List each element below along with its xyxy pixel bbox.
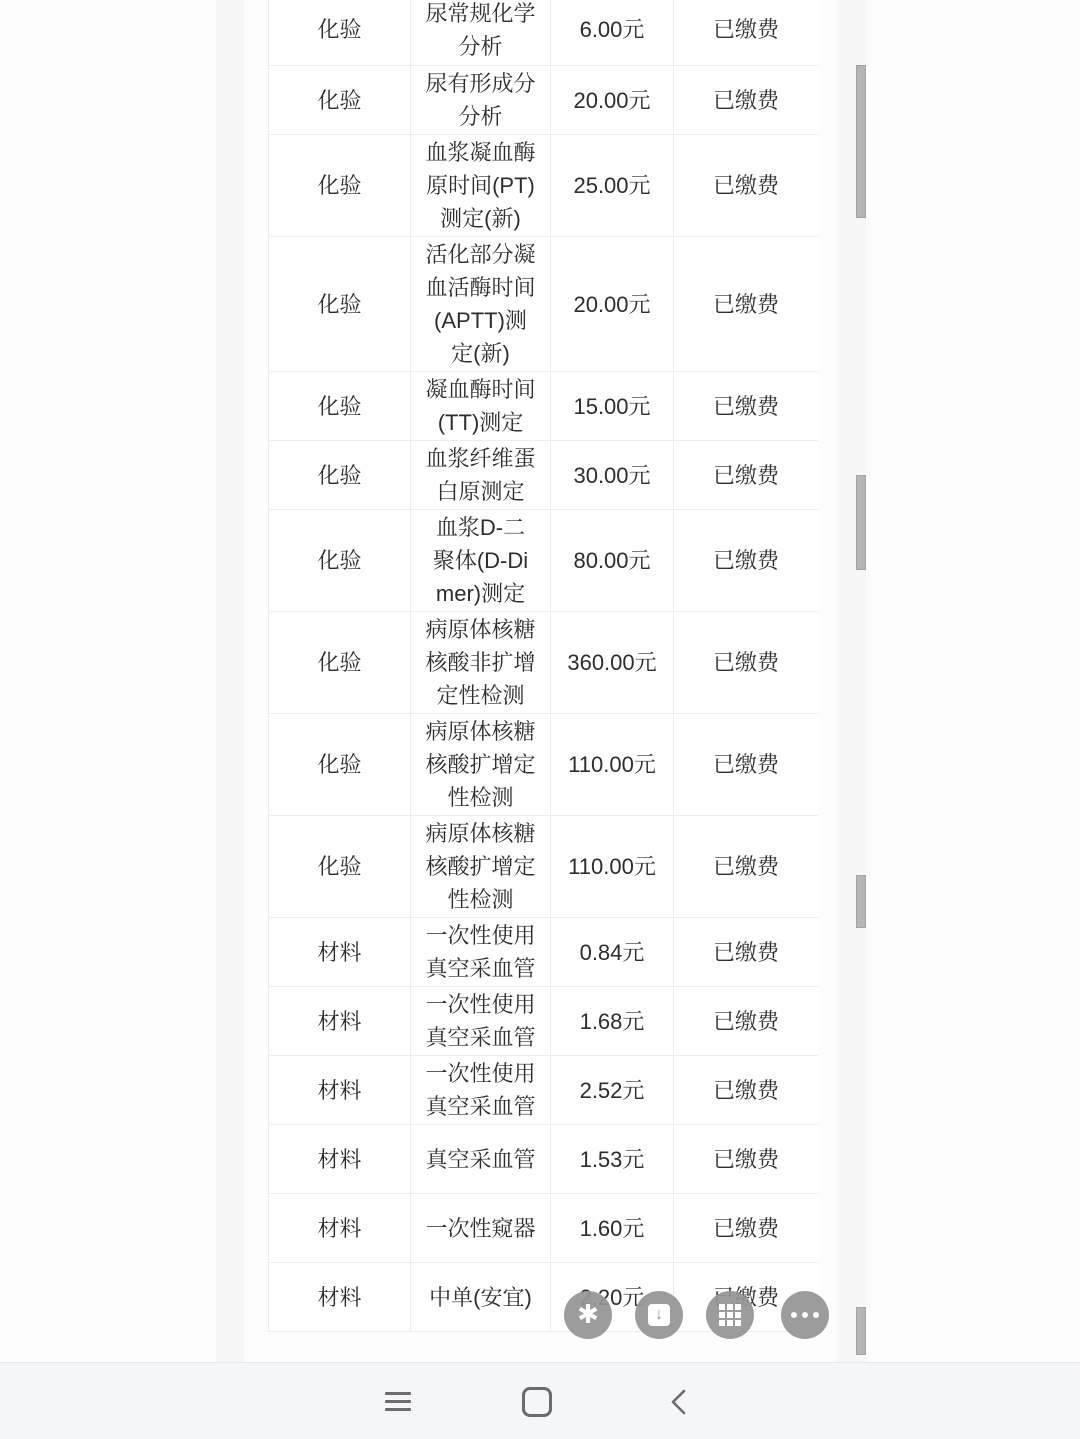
fee-amount: 1.68元: [551, 987, 674, 1055]
fee-status: 已缴费: [674, 1056, 818, 1124]
fee-amount: 0.84元: [551, 918, 674, 986]
fee-item-name: 活化部分凝血活酶时间(APTT)测定(新): [411, 237, 551, 371]
fee-item-name: 血浆凝血酶原时间(PT)测定(新): [411, 135, 551, 236]
fee-status: 已缴费: [674, 714, 818, 815]
fee-item-name: 尿常规化学分析: [411, 0, 551, 65]
fee-type: 化验: [269, 372, 411, 440]
table-row: 化验凝血酶时间(TT)测定15.00元已缴费: [269, 372, 818, 441]
recents-icon: [385, 1392, 411, 1411]
table-row: 化验病原体核糖核酸非扩增定性检测360.00元已缴费: [269, 612, 818, 714]
fee-type: 化验: [269, 135, 411, 236]
fee-type: 材料: [269, 1125, 411, 1193]
table-row: 化验血浆纤维蛋白原测定30.00元已缴费: [269, 441, 818, 510]
home-icon: [522, 1387, 552, 1417]
grid-stitch-button[interactable]: [706, 1291, 754, 1339]
fee-status: 已缴费: [674, 372, 818, 440]
fee-table: 化验尿常规化学分析6.00元已缴费化验尿有形成分分析20.00元已缴费化验血浆凝…: [268, 0, 818, 1332]
fee-amount: 1.53元: [551, 1125, 674, 1193]
fee-item-name: 一次性使用真空采血管: [411, 987, 551, 1055]
fee-type: 化验: [269, 510, 411, 611]
fee-type: 化验: [269, 237, 411, 371]
fee-amount: 110.00元: [551, 714, 674, 815]
fee-item-name: 凝血酶时间(TT)测定: [411, 372, 551, 440]
table-row: 化验病原体核糖核酸扩增定性检测110.00元已缴费: [269, 816, 818, 918]
grid-icon: [719, 1304, 741, 1326]
fee-item-name: 尿有形成分分析: [411, 66, 551, 134]
scrollbar-thumb[interactable]: [856, 65, 866, 218]
home-button[interactable]: [497, 1363, 577, 1439]
fee-status: 已缴费: [674, 441, 818, 509]
recents-button[interactable]: [358, 1363, 438, 1439]
fee-status: 已缴费: [674, 1125, 818, 1193]
fee-amount: 110.00元: [551, 816, 674, 917]
fee-status: 已缴费: [674, 237, 818, 371]
left-margin-strip: [216, 0, 244, 1362]
fee-type: 材料: [269, 987, 411, 1055]
fee-amount: 360.00元: [551, 612, 674, 713]
fee-status: 已缴费: [674, 510, 818, 611]
fee-amount: 20.00元: [551, 237, 674, 371]
fee-item-name: 真空采血管: [411, 1125, 551, 1193]
fee-type: 材料: [269, 1056, 411, 1124]
fee-status: 已缴费: [674, 816, 818, 917]
fee-type: 化验: [269, 66, 411, 134]
fee-status: 已缴费: [674, 1194, 818, 1262]
back-button[interactable]: [638, 1363, 718, 1439]
fee-item-name: 血浆D-二聚体(D-Dimer)测定: [411, 510, 551, 611]
fee-amount: 30.00元: [551, 441, 674, 509]
fee-amount: 20.00元: [551, 66, 674, 134]
table-row: 化验血浆D-二聚体(D-Dimer)测定80.00元已缴费: [269, 510, 818, 612]
fee-type: 化验: [269, 0, 411, 65]
table-row: 材料一次性窥器1.60元已缴费: [269, 1194, 818, 1263]
fee-type: 材料: [269, 1263, 411, 1331]
sparkle-icon: ✱: [577, 1302, 599, 1328]
fee-status: 已缴费: [674, 987, 818, 1055]
fee-amount: 2.52元: [551, 1056, 674, 1124]
table-row: 材料一次性使用真空采血管1.68元已缴费: [269, 987, 818, 1056]
more-dots-icon: [791, 1312, 819, 1318]
android-navigation-bar: [0, 1362, 1080, 1439]
fee-type: 材料: [269, 1194, 411, 1262]
fee-status: 已缴费: [674, 612, 818, 713]
table-row: 材料一次性使用真空采血管0.84元已缴费: [269, 918, 818, 987]
fee-amount: 15.00元: [551, 372, 674, 440]
more-options-button[interactable]: [781, 1291, 829, 1339]
fee-status: 已缴费: [674, 66, 818, 134]
table-row: 化验血浆凝血酶原时间(PT)测定(新)25.00元已缴费: [269, 135, 818, 237]
save-screenshot-button[interactable]: ↓: [635, 1291, 683, 1339]
fee-item-name: 中单(安宜): [411, 1263, 551, 1331]
fee-item-name: 一次性窥器: [411, 1194, 551, 1262]
sparkle-tool-button[interactable]: ✱: [564, 1291, 612, 1339]
fee-status: 已缴费: [674, 135, 818, 236]
fee-amount: 6.00元: [551, 0, 674, 65]
fee-type: 材料: [269, 918, 411, 986]
table-row: 化验病原体核糖核酸扩增定性检测110.00元已缴费: [269, 714, 818, 816]
scrollbar-thumb[interactable]: [856, 1307, 866, 1355]
fee-amount: 1.60元: [551, 1194, 674, 1262]
table-row: 化验尿常规化学分析6.00元已缴费: [269, 0, 818, 66]
table-row: 化验尿有形成分分析20.00元已缴费: [269, 66, 818, 135]
table-row: 材料真空采血管1.53元已缴费: [269, 1125, 818, 1194]
save-download-icon: ↓: [648, 1304, 670, 1326]
fee-item-name: 一次性使用真空采血管: [411, 918, 551, 986]
fee-status: 已缴费: [674, 918, 818, 986]
table-row: 化验活化部分凝血活酶时间(APTT)测定(新)20.00元已缴费: [269, 237, 818, 372]
fee-type: 化验: [269, 441, 411, 509]
back-icon: [670, 1389, 686, 1415]
fee-item-name: 病原体核糖核酸扩增定性检测: [411, 816, 551, 917]
fee-type: 化验: [269, 816, 411, 917]
fee-item-name: 血浆纤维蛋白原测定: [411, 441, 551, 509]
fee-item-name: 一次性使用真空采血管: [411, 1056, 551, 1124]
fee-type: 化验: [269, 714, 411, 815]
fee-item-name: 病原体核糖核酸非扩增定性检测: [411, 612, 551, 713]
scrollbar-thumb[interactable]: [856, 475, 866, 570]
scrollbar-thumb[interactable]: [856, 875, 866, 928]
fee-amount: 25.00元: [551, 135, 674, 236]
fee-status: 已缴费: [674, 0, 818, 65]
fee-type: 化验: [269, 612, 411, 713]
fee-item-name: 病原体核糖核酸扩增定性检测: [411, 714, 551, 815]
table-row: 材料一次性使用真空采血管2.52元已缴费: [269, 1056, 818, 1125]
fee-amount: 80.00元: [551, 510, 674, 611]
